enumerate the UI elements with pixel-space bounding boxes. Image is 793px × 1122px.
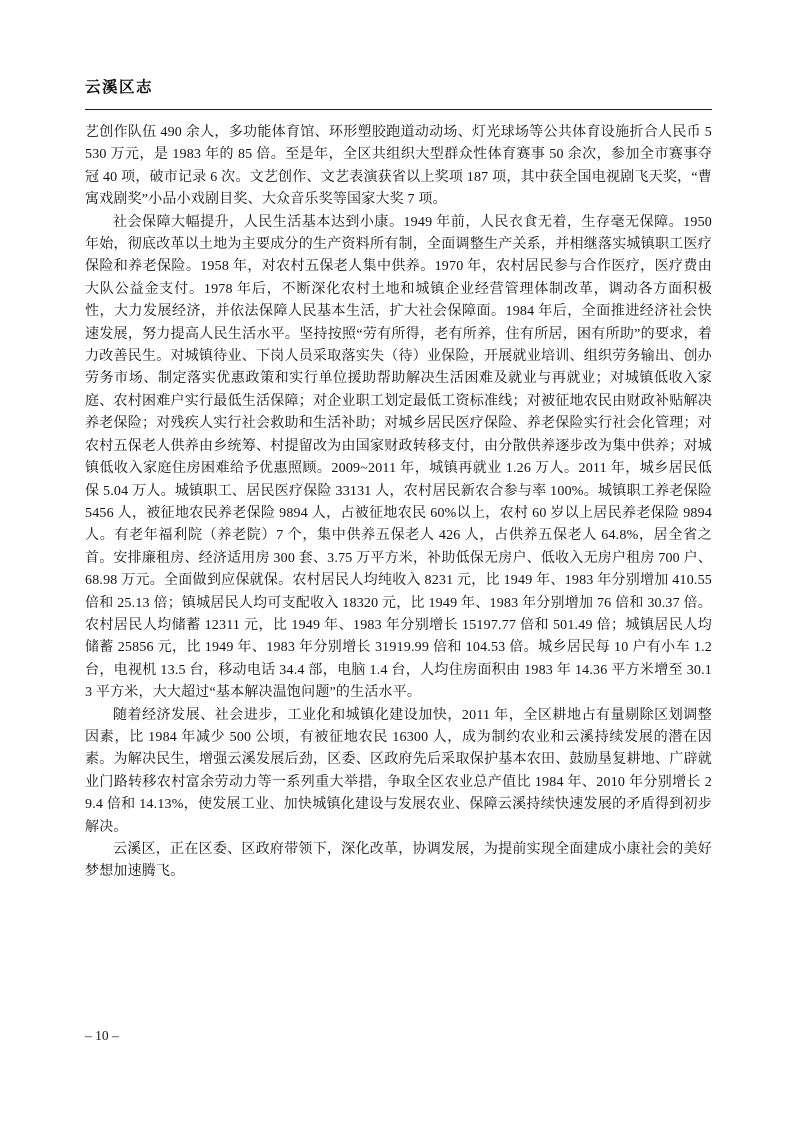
body-paragraph: 随着经济发展、社会进步，工业化和城镇化建设加快，2011 年，全区耕地占有量剔除… xyxy=(85,705,712,839)
page-title: 云溪区志 xyxy=(85,79,153,96)
body-text: 艺创作队伍 490 余人，多功能体育馆、环形塑胶跑道动动场、灯光球场等公共体育设… xyxy=(85,122,712,884)
running-header: 云溪区志 xyxy=(85,78,712,110)
body-paragraph: 艺创作队伍 490 余人，多功能体育馆、环形塑胶跑道动动场、灯光球场等公共体育设… xyxy=(85,122,712,212)
page-number: – 10 – xyxy=(85,1027,119,1045)
page-content: 云溪区志 艺创作队伍 490 余人，多功能体育馆、环形塑胶跑道动动场、灯光球场等… xyxy=(85,78,712,884)
body-paragraph: 云溪区，正在区委、区政府带领下，深化改革，协调发展，为提前实现全面建成小康社会的… xyxy=(85,839,712,884)
document-page: 云溪区志 艺创作队伍 490 余人，多功能体育馆、环形塑胶跑道动动场、灯光球场等… xyxy=(0,0,793,1122)
body-paragraph: 社会保障大幅提升，人民生活基本达到小康。1949 年前，人民衣食无着，生存毫无保… xyxy=(85,212,712,705)
